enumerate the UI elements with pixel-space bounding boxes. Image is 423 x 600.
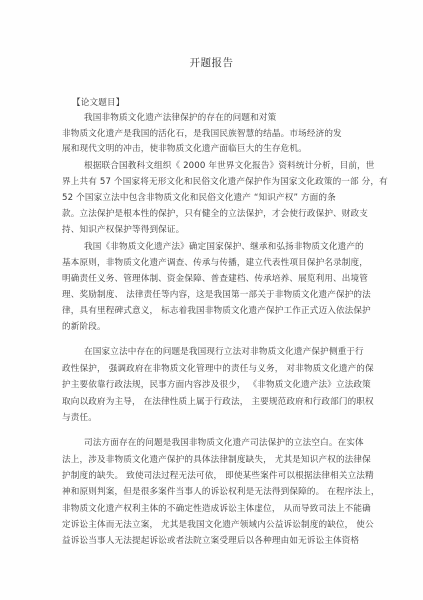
paragraph-line: 款。立法保护是根本性的保护，只有健全的立法保护，才会使行政保护、财政支 xyxy=(62,208,368,220)
paragraph-line: 护制度的缺失。 致使司法过程无法可依， 即使某些案件可以根据法律相关立法精 xyxy=(62,470,374,482)
paragraph-line: 界上共有 57 个国家将无形文化和民俗文化遗产保护作为国家文化政策的一部 分，有 xyxy=(62,176,388,188)
paragraph-line: 持、知识产权保护等得到保证。 xyxy=(62,224,184,236)
paragraph-line: 展和现代文明的冲击，使非物质文化遗产面临巨大的生存危机。 xyxy=(62,143,307,155)
paragraph-first-line: 在国家立法中存在的问题是我国现行立法对非物质文化遗产保护侧重于行 xyxy=(84,346,364,358)
paragraph-line: 52 个国家立法中包含非物质文化和民俗文化遗产 “知识产权” 方面的条 xyxy=(62,192,336,204)
paragraph-line: 护主要依靠行政法规，民事方面内容涉及很少， 《非物质文化遗产法》立法政策 xyxy=(62,379,371,391)
paragraph-line: 非物质文化遗产权利主体的不确定性造成诉讼主体虚位， 从而导致司法上不能确 xyxy=(62,503,371,515)
paragraph-line: 益诉讼当事人无法提起诉讼或者法院立案受理后以各种理由如无诉讼主体资格 xyxy=(62,535,359,547)
thesis-title: 我国非物质文化遗产法律保护的存在的问题和对策 xyxy=(84,112,276,124)
paragraph-first-line: 根据联合国教科文组织《 2000 年世界文化报告》资料统计分析，目前，世 xyxy=(84,160,375,172)
document-title: 开题报告 xyxy=(0,55,423,70)
section-heading: 【论文题目】 xyxy=(72,97,124,109)
paragraph-line: 与责任。 xyxy=(62,412,97,424)
paragraph-line: 基本原则，非物质文化遗产调查、传承与传播，建立代表性项目保护名录制度， xyxy=(62,257,368,269)
paragraph-line: 律，具有里程碑式意义， 标志着我国非物质文化遗产保护工作正式迈入依法保护 xyxy=(62,305,371,317)
paragraph-line: 政性保护， 强调政府在非物质文化管理中的责任与义务， 对非物质文化遗产的保 xyxy=(62,363,374,375)
document-page: 开题报告 【论文题目】 我国非物质文化遗产法律保护的存在的问题和对策 非物质文化… xyxy=(0,0,423,600)
paragraph-first-line: 司法方面存在的问题是我国非物质文化遗产司法保护的立法空白。在实体 xyxy=(84,437,364,449)
paragraph-line: 非物质文化遗产是我国的活化石，是我国民族智慧的结晶。市场经济的发 xyxy=(62,128,342,140)
paragraph-line: 的新阶段。 xyxy=(62,321,106,333)
paragraph-line: 取向以政府为主导， 在法律性质上属于行政法， 主要规范政府和行政部门的职权 xyxy=(62,396,374,408)
paragraph-line: 明确责任义务、管理体制、资金保障、普查建档、传承培养、展览利用、出境管 xyxy=(62,273,368,285)
paragraph-line: 法上，涉及非物质文化遗产保护的具体法律制度缺失， 尤其是知识产权的法律保 xyxy=(62,454,371,466)
paragraph-line: 理、奖励制度、 法律责任等内容，这是我国第一部关于非物质文化遗产保护的法 xyxy=(62,289,371,301)
paragraph-line: 定诉讼主体而无法立案， 尤其是我国文化遗产领域内公益诉讼制度的缺位， 使公 xyxy=(62,519,374,531)
paragraph-first-line: 我国《非物质文化遗产法》确定国家保护、继承和弘扬非物质文化遗产的 xyxy=(84,241,364,253)
paragraph-line: 神和原则判案，但是很多案件当事人的诉讼权利是无法得到保障的。 在程序法上， xyxy=(62,486,380,498)
